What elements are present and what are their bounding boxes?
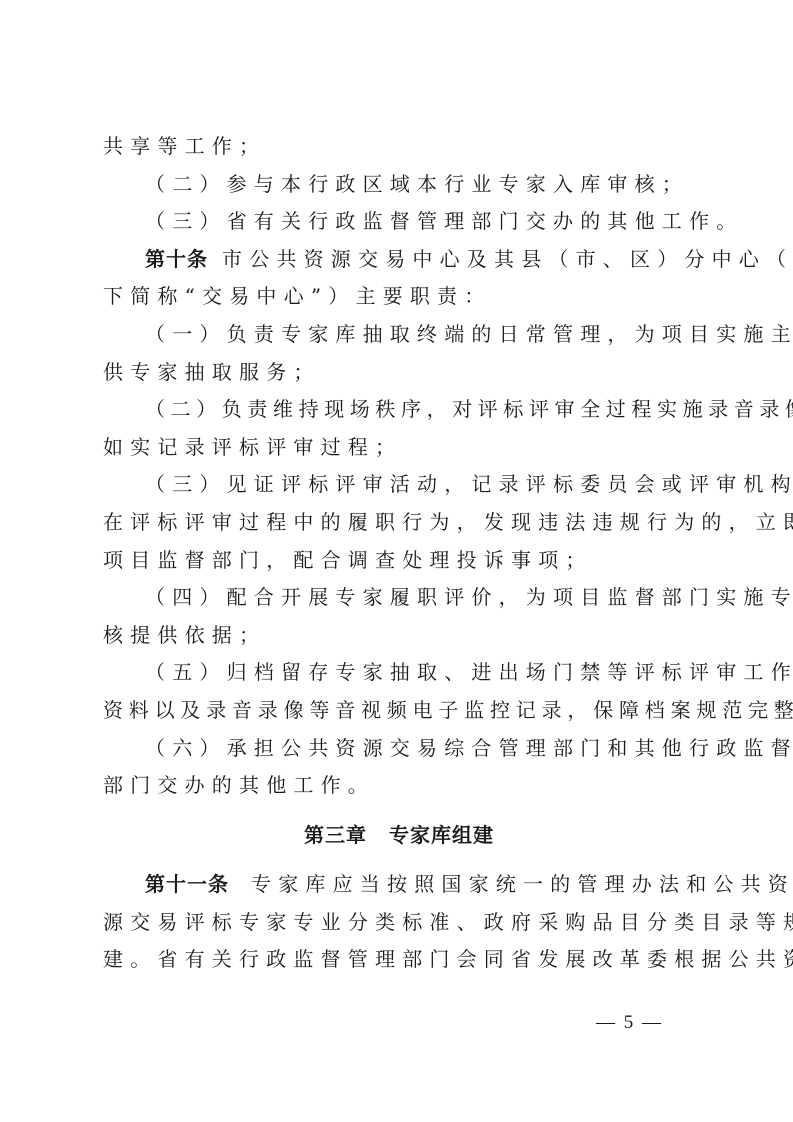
duty-1-line-1: （一）负责专家库抽取终端的日常管理，为项目实施主体提 — [103, 316, 695, 354]
duty-2-line-2: 如实记录评标评审过程； — [103, 429, 695, 467]
article-11-title: 第十一条 — [145, 872, 229, 896]
duty-5-line-2: 资料以及录音录像等音视频电子监控记录，保障档案规范完整； — [103, 692, 695, 730]
article-11-line-3: 建。省有关行政监督管理部门会同省发展改革委根据公共资源交 — [103, 941, 695, 979]
duty-6-line-1: （六）承担公共资源交易综合管理部门和其他行政监督管理 — [103, 730, 695, 768]
list-item-2: （二）参与本行政区域本行业专家入库审核； — [103, 166, 695, 204]
article-11-line-1: 第十一条专家库应当按照国家统一的管理办法和公共资 — [103, 866, 695, 904]
paragraph-line: 共享等工作； — [103, 128, 695, 166]
article-10-title: 第十条 — [145, 247, 208, 271]
duty-2-line-1: （二）负责维持现场秩序，对评标评审全过程实施录音录像， — [103, 391, 695, 429]
article-11-line-2: 源交易评标专家专业分类标准、政府采购品目分类目录等规定组 — [103, 904, 695, 942]
chapter-title: 专家库组建 — [389, 823, 494, 847]
duty-1-line-2: 供专家抽取服务； — [103, 354, 695, 392]
article-11-text: 专家库应当按照国家统一的管理办法和公共资 — [251, 872, 793, 896]
document-page: 共享等工作； （二）参与本行政区域本行业专家入库审核； （三）省有关行政监督管理… — [103, 128, 695, 979]
duty-3-line-1: （三）见证评标评审活动，记录评标委员会或评审机构成员 — [103, 466, 695, 504]
duty-4-line-1: （四）配合开展专家履职评价，为项目监督部门实施专家考 — [103, 579, 695, 617]
article-10-text: 市公共资源交易中心及其县（市、区）分中心（以 — [222, 247, 793, 271]
duty-3-line-2: 在评标评审过程中的履职行为，发现违法违规行为的，立即报告 — [103, 504, 695, 542]
article-10-line-1: 第十条市公共资源交易中心及其县（市、区）分中心（以 — [103, 241, 695, 279]
duty-6-line-2: 部门交办的其他工作。 — [103, 767, 695, 805]
page-number: — 5 — — [596, 1012, 663, 1034]
chapter-heading: 第三章专家库组建 — [103, 817, 695, 855]
list-item-3: （三）省有关行政监督管理部门交办的其他工作。 — [103, 203, 695, 241]
duty-5-line-1: （五）归档留存专家抽取、进出场门禁等评标评审工作有关 — [103, 654, 695, 692]
chapter-number: 第三章 — [304, 823, 367, 847]
duty-3-line-3: 项目监督部门，配合调查处理投诉事项； — [103, 542, 695, 580]
article-10-line-2: 下简称“交易中心”）主要职责： — [103, 278, 695, 316]
duty-4-line-2: 核提供依据； — [103, 617, 695, 655]
